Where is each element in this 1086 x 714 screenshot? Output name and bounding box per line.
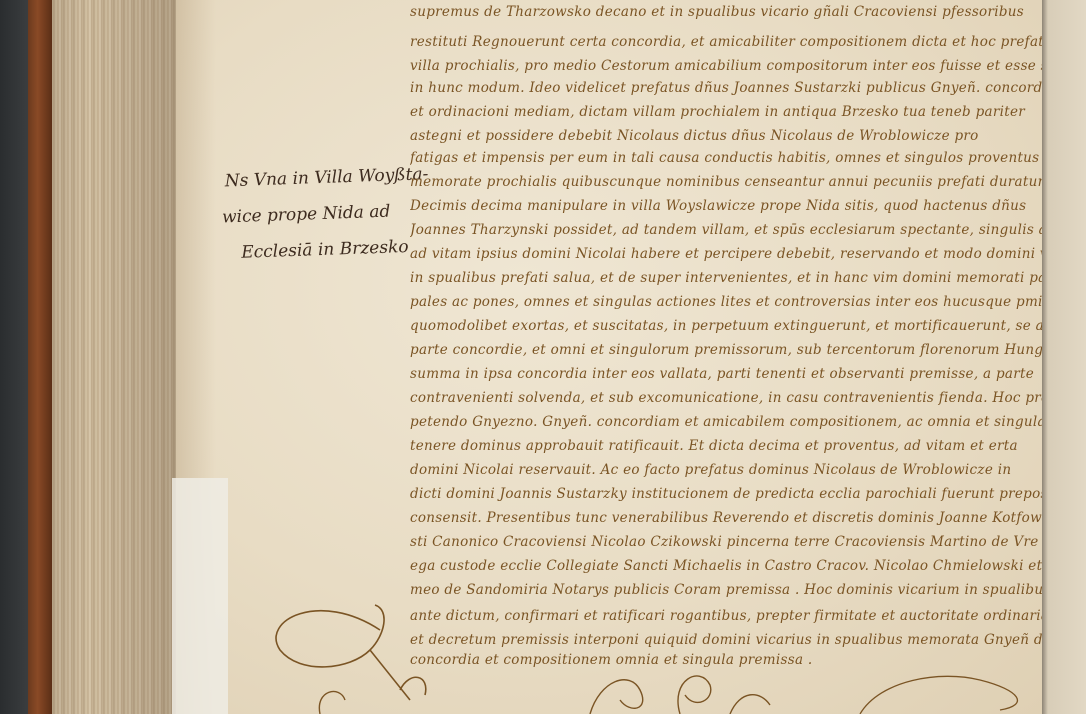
paper-repair-strip <box>172 478 228 714</box>
text-line: in spualibus prefati salua, et de super … <box>410 270 1042 286</box>
decorative-flourish-icon <box>260 590 440 714</box>
text-line: ega custode ecclie Collegiate Sancti Mic… <box>410 558 1042 574</box>
text-line: supremus de Tharzowsko decano et in spua… <box>410 4 1042 20</box>
next-page-edge <box>1042 0 1086 714</box>
text-line: villa prochialis, pro medio Cestorum ami… <box>410 58 1042 74</box>
text-line: meo de Sandomiria Notarys publicis Coram… <box>410 582 1042 598</box>
text-line: et ordinacioni mediam, dictam villam pro… <box>410 104 1042 120</box>
text-line: pales ac pones, omnes et singulas action… <box>410 294 1042 310</box>
text-line: fatigas et impensis per eum in tali caus… <box>410 150 1042 166</box>
text-line: tenere dominus approbauit ratificauit. E… <box>410 438 1042 454</box>
text-line: memorate prochialis quibuscunque nominib… <box>410 174 1042 190</box>
text-line: contravenienti solvenda, et sub excomuni… <box>410 390 1042 406</box>
page-edges <box>52 0 176 714</box>
text-line: restituti Regnouerunt certa concordia, e… <box>410 34 1042 50</box>
text-line: petendo Gnyezno. Gnyeñ. concordiam et am… <box>410 414 1042 430</box>
book-binding <box>28 0 52 714</box>
marginal-note: Ns Vna in Villa Woyßta- wice prope Nida … <box>224 157 418 272</box>
text-line: ante dictum, confirmari et ratificari ro… <box>410 608 1042 624</box>
text-line: Joannes Tharzynski possidet, ad tandem v… <box>410 222 1042 238</box>
signature-flourish-icon <box>560 660 1040 714</box>
text-line: quomodolibet exortas, et suscitatas, in … <box>410 318 1042 334</box>
text-line: Decimis decima manipulare in villa Woysl… <box>410 198 1042 214</box>
margin-note-line: Ecclesiā in Brzesko <box>241 229 418 271</box>
text-line: domini Nicolai reservauit. Ac eo facto p… <box>410 462 1042 478</box>
text-line: sti Canonico Cracoviensi Nicolao Czikows… <box>410 534 1042 550</box>
text-line: consensit. Presentibus tunc venerabilibu… <box>410 510 1042 526</box>
text-line: ad vitam ipsius domini Nicolai habere et… <box>410 246 1042 262</box>
text-line: parte concordie, et omni et singulorum p… <box>410 342 1042 358</box>
text-line: in hunc modum. Ideo videlicet prefatus d… <box>410 80 1042 96</box>
text-line: summa in ipsa concordia inter eos vallat… <box>410 366 1042 382</box>
text-line: et decretum premissis interponi quiquid … <box>410 632 1042 648</box>
text-line: astegni et possidere debebit Nicolaus di… <box>410 128 1042 144</box>
scanner-background <box>0 0 28 714</box>
text-line: dicti domini Joannis Sustarzky instituci… <box>410 486 1042 502</box>
